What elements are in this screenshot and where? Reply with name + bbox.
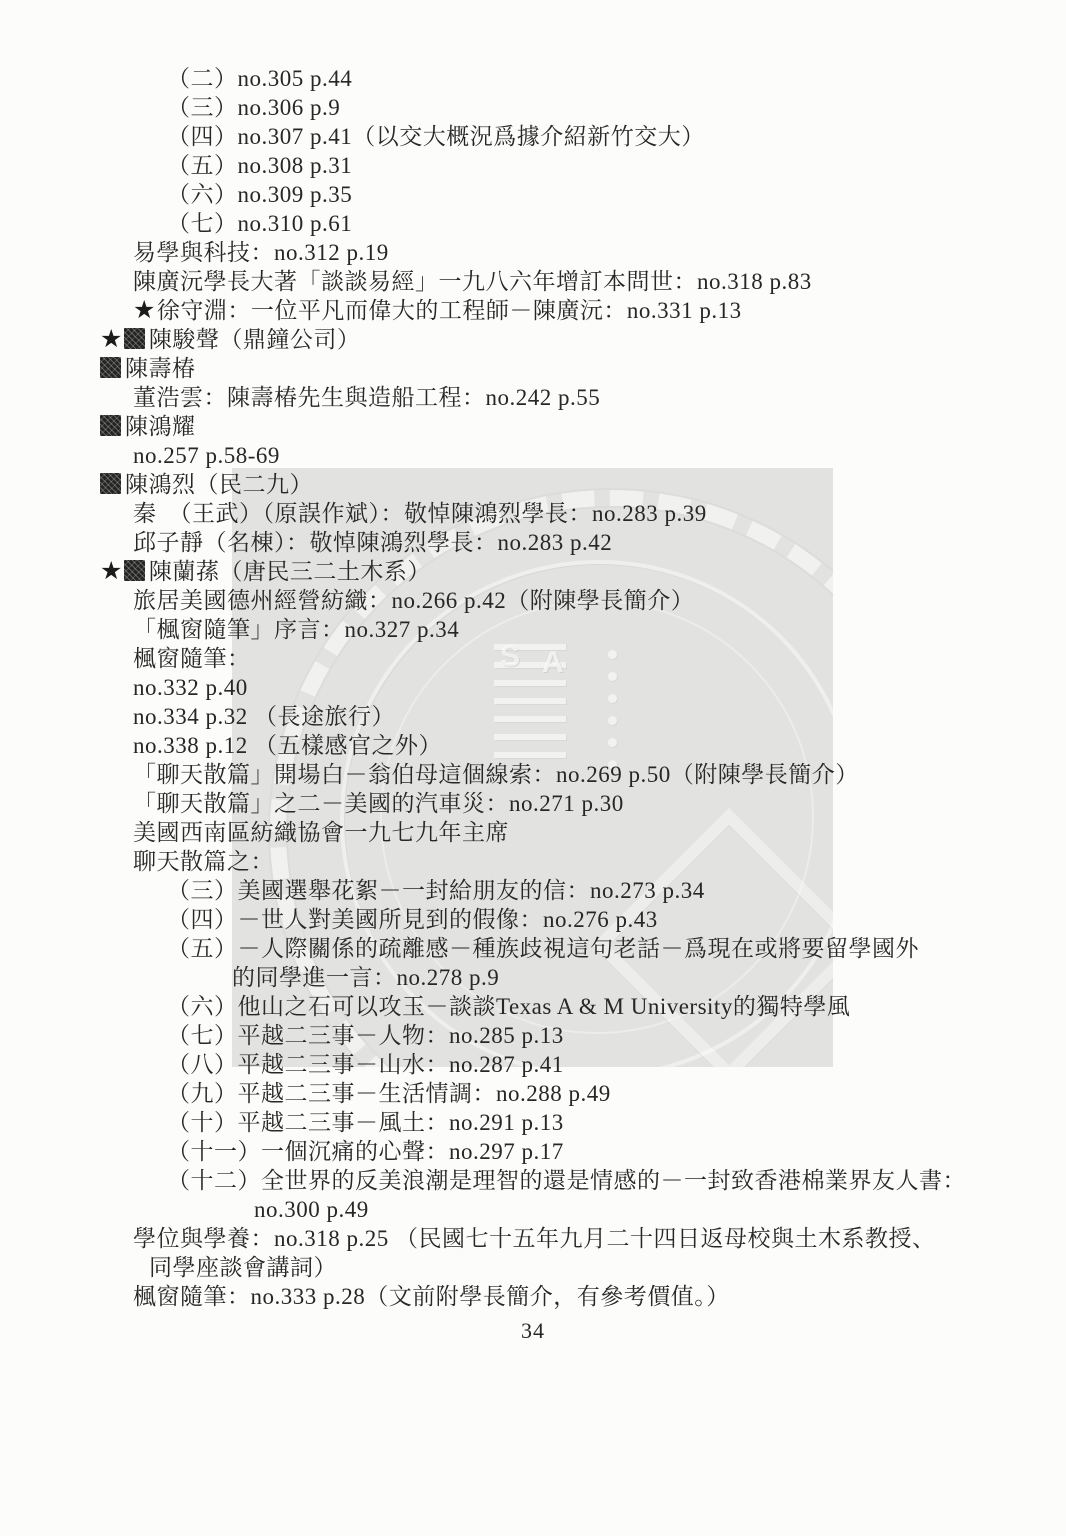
index-line: 美國西南區紡織協會一九七九年主席 [0,818,1066,847]
index-line: 邱子靜（名棟）：敬悼陳鴻烈學長：no.283 p.42 [0,528,1066,557]
index-line: （五）no.308 p.31 [0,151,1066,180]
index-line-text: no.334 p.32 （長途旅行） [133,704,395,729]
index-line: （十二）全世界的反美浪潮是理智的還是情感的－一封致香港棉業界友人書： [0,1166,1066,1195]
index-line-text: 楓窗隨筆： [133,646,251,671]
index-line: 「聊天散篇」開場白－翁伯母這個線索：no.269 p.50（附陳學長簡介） [0,760,1066,789]
index-line-text: no.300 p.49 [254,1197,369,1222]
index-line-text: no.338 p.12 （五樣感官之外） [133,733,442,758]
page-number: 34 [0,1318,1066,1344]
index-line: （十）平越二三事－風土：no.291 p.13 [0,1108,1066,1137]
index-line: no.332 p.40 [0,673,1066,702]
index-line: （七）no.310 p.61 [0,209,1066,238]
index-line-text: 陳駿聲（鼎鐘公司） [149,327,361,352]
index-line-text: （十二）全世界的反美浪潮是理智的還是情感的－一封致香港棉業界友人書： [167,1168,966,1193]
index-line-text: 美國西南區紡織協會一九七九年主席 [133,820,509,845]
index-line: （四）－世人對美國所見到的假像：no.276 p.43 [0,905,1066,934]
index-line: 聊天散篇之： [0,847,1066,876]
index-line-text: （七）平越二三事－人物：no.285 p.13 [167,1023,564,1048]
stamp-icon [100,415,121,436]
index-line: no.334 p.32 （長途旅行） [0,702,1066,731]
index-line-text: （六）no.309 p.35 [167,182,352,207]
index-line: （六）他山之石可以攻玉－談談Texas A & M University的獨特學… [0,992,1066,1021]
index-line-text: 邱子靜（名棟）：敬悼陳鴻烈學長：no.283 p.42 [133,530,612,555]
index-line: ★徐守淵：一位平凡而偉大的工程師－陳廣沅：no.331 p.13 [0,296,1066,325]
index-line: no.300 p.49 [0,1195,1066,1224]
index-line-text: （四）－世人對美國所見到的假像：no.276 p.43 [167,907,658,932]
index-line: （三）no.306 p.9 [0,93,1066,122]
index-line: 董浩雲：陳壽椿先生與造船工程：no.242 p.55 [0,383,1066,412]
document-page: SA （二）no.305 p.44（三）no.306 p.9（四）no.307 … [0,0,1066,1536]
index-line: （八）平越二三事－山水：no.287 p.41 [0,1050,1066,1079]
index-line: 陳鴻耀 [0,412,1066,441]
index-line-text: 楓窗隨筆：no.333 p.28（文前附學長簡介，有參考價值。） [133,1284,730,1309]
index-line-text: （六）他山之石可以攻玉－談談Texas A & M University的獨特學… [167,994,850,1019]
index-line-text: 的同學進一言：no.278 p.9 [232,965,499,990]
index-line-text: 易學與科技：no.312 p.19 [133,240,389,265]
index-line: （四）no.307 p.41（以交大概況爲據介紹新竹交大） [0,122,1066,151]
index-line: 陳壽椿 [0,354,1066,383]
index-line-text: 「楓窗隨筆」序言：no.327 p.34 [133,617,459,642]
index-line-text: （八）平越二三事－山水：no.287 p.41 [167,1052,564,1077]
index-line: （七）平越二三事－人物：no.285 p.13 [0,1021,1066,1050]
star-icon: ★ [133,296,156,325]
index-line-text: no.257 p.58-69 [133,443,280,468]
index-line: （十一）一個沉痛的心聲：no.297 p.17 [0,1137,1066,1166]
index-line-text: 陳壽椿 [125,356,196,381]
index-line: no.257 p.58-69 [0,441,1066,470]
index-line: 楓窗隨筆： [0,644,1066,673]
index-line-text: 陳鴻耀 [125,414,196,439]
index-line: 學位與學養：no.318 p.25 （民國七十五年九月二十四日返母校與土木系教授… [0,1224,1066,1253]
index-line-text: （五）no.308 p.31 [167,153,352,178]
index-line-text: （九）平越二三事－生活情調：no.288 p.49 [167,1081,611,1106]
index-line-text: （二）no.305 p.44 [167,66,352,91]
stamp-icon [124,328,145,349]
index-line-text: （三）美國選舉花絮－一封給朋友的信：no.273 p.34 [167,878,705,903]
index-line: 「聊天散篇」之二－美國的汽車災：no.271 p.30 [0,789,1066,818]
stamp-icon [100,473,121,494]
index-line: 旅居美國德州經營紡織：no.266 p.42（附陳學長簡介） [0,586,1066,615]
index-line: no.338 p.12 （五樣感官之外） [0,731,1066,760]
index-line-text: （十）平越二三事－風土：no.291 p.13 [167,1110,564,1135]
index-line: （二）no.305 p.44 [0,64,1066,93]
star-icon: ★ [100,325,123,354]
star-icon: ★ [100,557,123,586]
index-line: 秦 （王武）（原誤作斌）：敬悼陳鴻烈學長：no.283 p.39 [0,499,1066,528]
index-line-text: 徐守淵：一位平凡而偉大的工程師－陳廣沅：no.331 p.13 [157,298,742,323]
index-line-text: no.332 p.40 [133,675,248,700]
index-line-text: 旅居美國德州經營紡織：no.266 p.42（附陳學長簡介） [133,588,694,613]
index-line-text: 陳鴻烈（民二九） [125,472,313,497]
index-line: 陳廣沅學長大著「談談易經」一九八六年增訂本問世：no.318 p.83 [0,267,1066,296]
stamp-icon [100,357,121,378]
index-line: 陳鴻烈（民二九） [0,470,1066,499]
index-line-text: 陳蘭蓀（唐民三二土木系） [149,559,431,584]
index-line-text: 同學座談會講詞） [149,1255,337,1280]
index-line: 的同學進一言：no.278 p.9 [0,963,1066,992]
index-line-text: 陳廣沅學長大著「談談易經」一九八六年增訂本問世：no.318 p.83 [133,269,812,294]
index-line: （三）美國選舉花絮－一封給朋友的信：no.273 p.34 [0,876,1066,905]
index-line-text: （七）no.310 p.61 [167,211,352,236]
index-line: （九）平越二三事－生活情調：no.288 p.49 [0,1079,1066,1108]
index-line: 楓窗隨筆：no.333 p.28（文前附學長簡介，有參考價值。） [0,1282,1066,1311]
index-line: 同學座談會講詞） [0,1253,1066,1282]
index-line-text: 秦 （王武）（原誤作斌）：敬悼陳鴻烈學長：no.283 p.39 [133,501,707,526]
index-line-text: 「聊天散篇」之二－美國的汽車災：no.271 p.30 [133,791,624,816]
index-line-text: （五）－人際關係的疏離感－種族歧視這句老話－爲現在或將要留學國外 [167,936,919,961]
index-line: （六）no.309 p.35 [0,180,1066,209]
index-line-text: 董浩雲：陳壽椿先生與造船工程：no.242 p.55 [133,385,600,410]
index-line: （五）－人際關係的疏離感－種族歧視這句老話－爲現在或將要留學國外 [0,934,1066,963]
index-content: （二）no.305 p.44（三）no.306 p.9（四）no.307 p.4… [0,64,1066,1311]
index-line-text: （三）no.306 p.9 [167,95,340,120]
index-line-text: （四）no.307 p.41（以交大概況爲據介紹新竹交大） [167,124,705,149]
index-line-text: （十一）一個沉痛的心聲：no.297 p.17 [167,1139,564,1164]
index-line-text: 聊天散篇之： [133,849,274,874]
index-line: 「楓窗隨筆」序言：no.327 p.34 [0,615,1066,644]
stamp-icon [124,560,145,581]
index-line: ★陳駿聲（鼎鐘公司） [0,325,1066,354]
index-line: ★陳蘭蓀（唐民三二土木系） [0,557,1066,586]
index-line-text: 「聊天散篇」開場白－翁伯母這個線索：no.269 p.50（附陳學長簡介） [133,762,859,787]
index-line-text: 學位與學養：no.318 p.25 （民國七十五年九月二十四日返母校與土木系教授… [133,1226,936,1251]
index-line: 易學與科技：no.312 p.19 [0,238,1066,267]
